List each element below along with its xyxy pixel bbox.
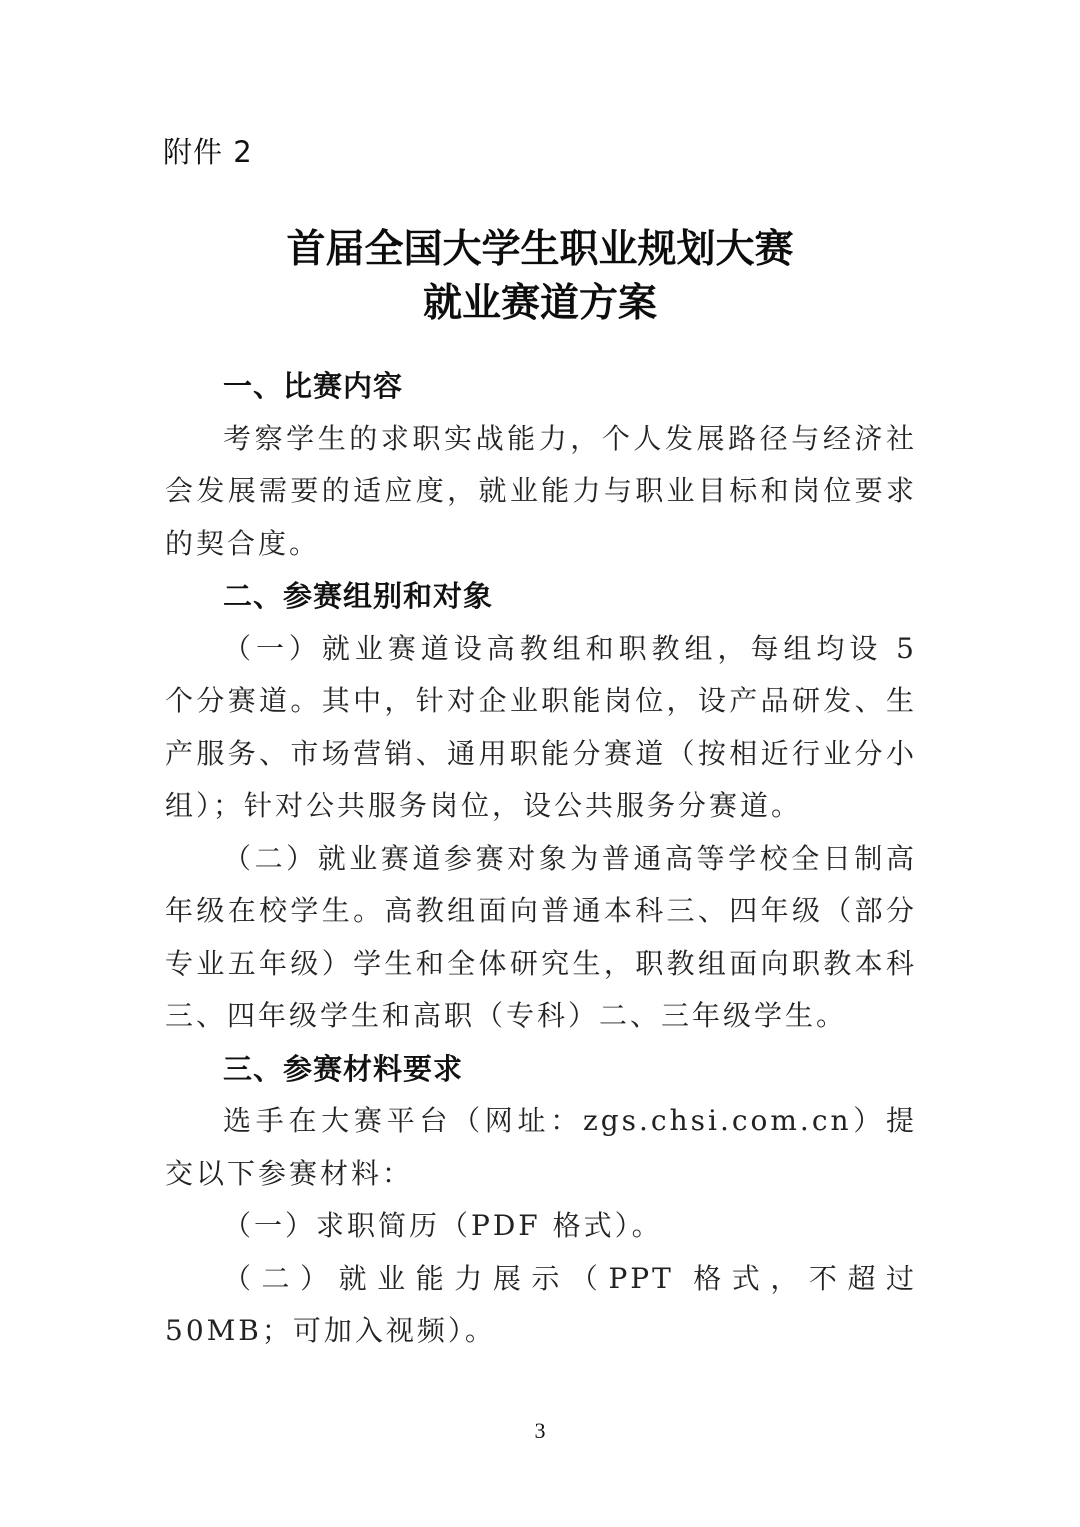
paragraph: （二）就业能力展示（PPT 格式，不超过 50MB；可加入视频）。 <box>165 1253 917 1358</box>
page-number: 3 <box>0 1416 1080 1446</box>
title-line-2: 就业赛道方案 <box>0 276 1080 330</box>
document-body: 一、比赛内容 考察学生的求职实战能力，个人发展路径与经济社会发展需要的适应度，就… <box>165 360 917 1358</box>
document-title: 首届全国大学生职业规划大赛 就业赛道方案 <box>0 222 1080 330</box>
paragraph: 考察学生的求职实战能力，个人发展路径与经济社会发展需要的适应度，就业能力与职业目… <box>165 413 917 571</box>
paragraph: 选手在大赛平台（网址：zgs.chsi.com.cn）提交以下参赛材料： <box>165 1095 917 1200</box>
attachment-label: 附件 2 <box>163 132 253 172</box>
title-line-1: 首届全国大学生职业规划大赛 <box>0 222 1080 276</box>
section-heading-materials: 三、参赛材料要求 <box>165 1043 917 1096</box>
paragraph: （一）就业赛道设高教组和职教组，每组均设 5 个分赛道。其中，针对企业职能岗位，… <box>165 623 917 833</box>
document-page: 附件 2 首届全国大学生职业规划大赛 就业赛道方案 一、比赛内容 考察学生的求职… <box>0 0 1080 1527</box>
section-heading-groups: 二、参赛组别和对象 <box>165 570 917 623</box>
section-heading-content: 一、比赛内容 <box>165 360 917 413</box>
paragraph: （二）就业赛道参赛对象为普通高等学校全日制高年级在校学生。高教组面向普通本科三、… <box>165 833 917 1043</box>
paragraph: （一）求职简历（PDF 格式）。 <box>165 1200 917 1253</box>
